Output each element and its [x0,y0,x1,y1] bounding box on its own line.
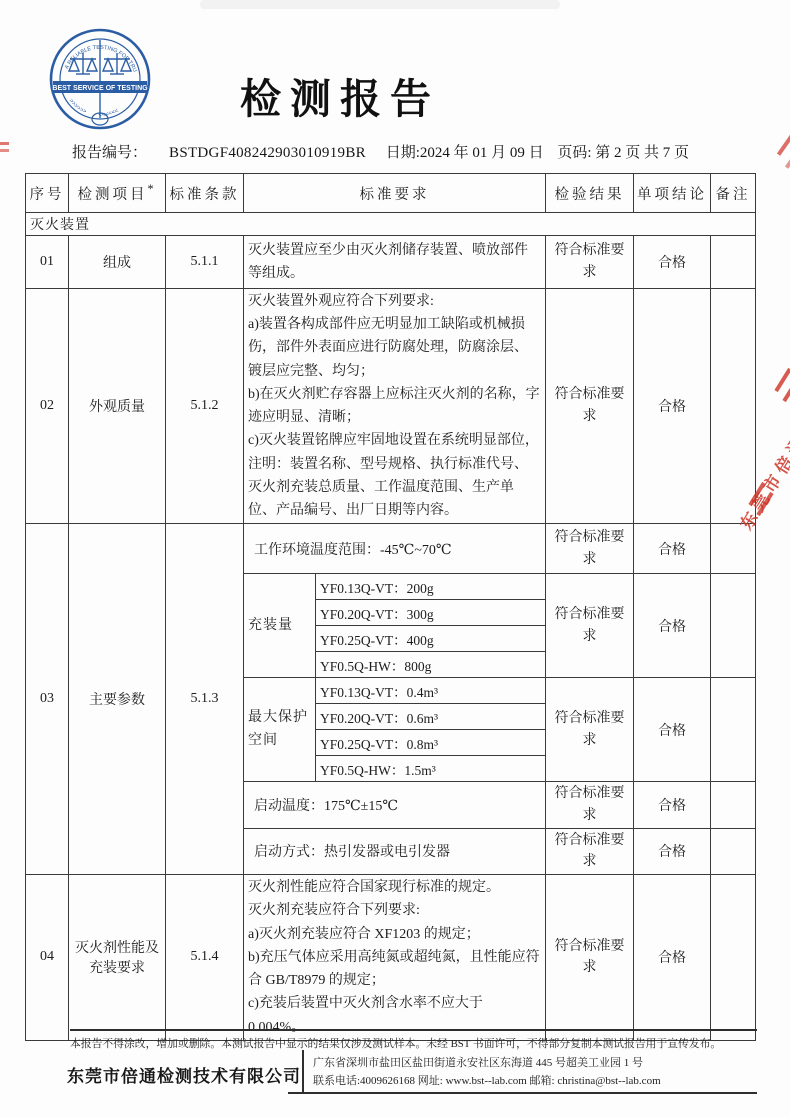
cell-r4-clause: 5.1.4 [166,875,244,1041]
cell-r3-temp-range-result: 符合标准要求 [546,524,634,574]
red-stamp-mark-left [0,142,9,145]
cell-space-v0: YF0.13Q-VT：0.4m³ [316,678,546,704]
table-row-01: 01 组成 5.1.1 灭火装置应至少由灭火剂储存装置、喷放部件等组成。 符合标… [26,236,756,289]
cell-r1-result: 符合标准要求 [546,236,634,289]
cell-r1-requirement: 灭火装置应至少由灭火剂储存装置、喷放部件等组成。 [244,236,546,289]
cell-start-mode-note [711,828,756,874]
cell-charge-result: 符合标准要求 [546,574,634,678]
table-header-row: 序号 检测项目* 标准条款 标准要求 检验结果 单项结论 备注 [26,174,756,213]
col-header-result: 检验结果 [546,174,634,213]
company-name: 东莞市倍通检测技术有限公司 [66,1062,302,1087]
scan-smudge [200,0,560,9]
footer-vertical-divider [302,1050,304,1093]
col-header-verdict: 单项结论 [634,174,711,213]
table-row-02: 02 外观质量 5.1.2 灭火装置外观应符合下列要求: a)装置各构成部件应无… [26,289,756,524]
report-no-label: 报告编号： [72,145,147,161]
cell-r2-clause: 5.1.2 [166,289,244,524]
cell-space-v3: YF0.5Q-HW：1.5m³ [316,756,546,782]
company-address: 广东省深圳市盐田区盐田街道永安社区东海道 445 号超美工业园 1 号 [313,1054,758,1072]
svg-text:>>>>>> <<<<<<: >>>>>> <<<<<< [67,98,120,118]
cell-space-verdict: 合格 [634,678,711,782]
cell-r3-clause: 5.1.3 [166,524,244,875]
cell-r3-temp-range-verdict: 合格 [634,524,711,574]
cell-charge-verdict: 合格 [634,574,711,678]
cell-r2-item: 外观质量 [69,289,166,524]
cell-space-result: 符合标准要求 [546,678,634,782]
col-header-clause: 标准条款 [166,174,244,213]
cell-r4-requirement: 灭火剂性能应符合国家现行标准的规定。 灭火剂充装应符合下列要求: a)灭火剂充装… [244,875,546,1041]
cell-start-temp: 启动温度：175℃±15℃ [244,782,546,828]
cell-r1-verdict: 合格 [634,236,711,289]
report-page-info: 页码: 第 2 页 共 7 页 [557,145,689,161]
cell-r4-seq: 04 [26,875,69,1041]
cell-r3-temp-range: 工作环境温度范围：-45℃~70℃ [244,524,546,574]
stamp-stroke [756,492,773,516]
stamp-stroke [782,378,790,402]
cell-charge-label: 充装量 [244,574,316,678]
cell-start-temp-note [711,782,756,828]
section-row: 灭火装置 [26,213,756,236]
cell-start-mode-result: 符合标准要求 [546,828,634,874]
cell-r1-item: 组成 [69,236,166,289]
report-no-value: BSTDGF408242903010919BR [169,145,366,161]
seal-chevrons: >>>>>> <<<<<< [67,98,120,118]
table-row-04: 04 灭火剂性能及充装要求 5.1.4 灭火剂性能应符合国家现行标准的规定。 灭… [26,875,756,1041]
cell-r2-note [711,289,756,524]
cell-charge-note [711,574,756,678]
report-meta-line: 报告编号：BSTDGF408242903010919BR 日期:2024 年 0… [72,141,732,162]
report-date: 日期:2024 年 01 月 09 日 [386,145,544,161]
footer-divider-bottom [288,1092,757,1094]
test-result-table: 序号 检测项目* 标准条款 标准要求 检验结果 单项结论 备注 灭火装置 01 … [25,173,756,1041]
cell-space-label: 最大保护空间 [244,678,316,782]
col-header-requirement: 标准要求 [244,174,546,213]
col-header-note: 备注 [711,174,756,213]
item-sup-mark: * [147,182,156,196]
cell-start-temp-result: 符合标准要求 [546,782,634,828]
cell-r1-seq: 01 [26,236,69,289]
cell-space-note [711,678,756,782]
cell-r4-item: 灭火剂性能及充装要求 [69,875,166,1041]
page-title: 检测报告 [130,66,550,125]
cell-charge-v0: YF0.13Q-VT：200g [316,574,546,600]
table-row-03-temp-range: 03 主要参数 5.1.3 工作环境温度范围：-45℃~70℃ 符合标准要求 合… [26,524,756,574]
cell-charge-v1: YF0.20Q-VT：300g [316,600,546,626]
cell-start-mode: 启动方式：热引发器或电引发器 [244,828,546,874]
cell-space-v2: YF0.25Q-VT：0.8m³ [316,730,546,756]
cell-r4-verdict: 合格 [634,875,711,1041]
cell-start-mode-verdict: 合格 [634,828,711,874]
cell-start-temp-verdict: 合格 [634,782,711,828]
cell-r4-result: 符合标准要求 [546,875,634,1041]
company-contact-block: 广东省深圳市盐田区盐田街道永安社区东海道 445 号超美工业园 1 号 联系电话… [313,1054,758,1090]
report-page: BEST SERVICE OF TESTING A RELIABLE TESTI… [0,0,790,1117]
cell-r3-seq: 03 [26,524,69,875]
cell-charge-v2: YF0.25Q-VT：400g [316,626,546,652]
cell-r2-requirement: 灭火装置外观应符合下列要求: a)装置各构成部件应无明显加工缺陷或机械损伤，部件… [244,289,546,524]
section-title: 灭火装置 [26,213,756,236]
cell-r2-seq: 02 [26,289,69,524]
cell-r2-result: 符合标准要求 [546,289,634,524]
cell-r1-clause: 5.1.1 [166,236,244,289]
cell-space-v1: YF0.20Q-VT：0.6m³ [316,704,546,730]
company-phone-web-email: 联系电话:4009626168 网址: www.bst--lab.com 邮箱:… [313,1072,758,1090]
footer-divider-top [70,1029,757,1031]
cell-r1-note [711,236,756,289]
col-header-item: 检测项目* [69,174,166,213]
cell-r2-verdict: 合格 [634,289,711,524]
footer-disclaimer: 本报告不得涂改，增加或删除。本测试报告中显示的结果仅涉及测试样本。未经 BST … [70,1036,760,1051]
col-header-seq: 序号 [26,174,69,213]
stamp-stroke [774,368,790,392]
cell-r3-item: 主要参数 [69,524,166,875]
cell-charge-v3: YF0.5Q-HW：800g [316,652,546,678]
cell-r4-note [711,875,756,1041]
cell-r3-temp-range-note [711,524,756,574]
red-stamp-mark-right [777,132,790,156]
